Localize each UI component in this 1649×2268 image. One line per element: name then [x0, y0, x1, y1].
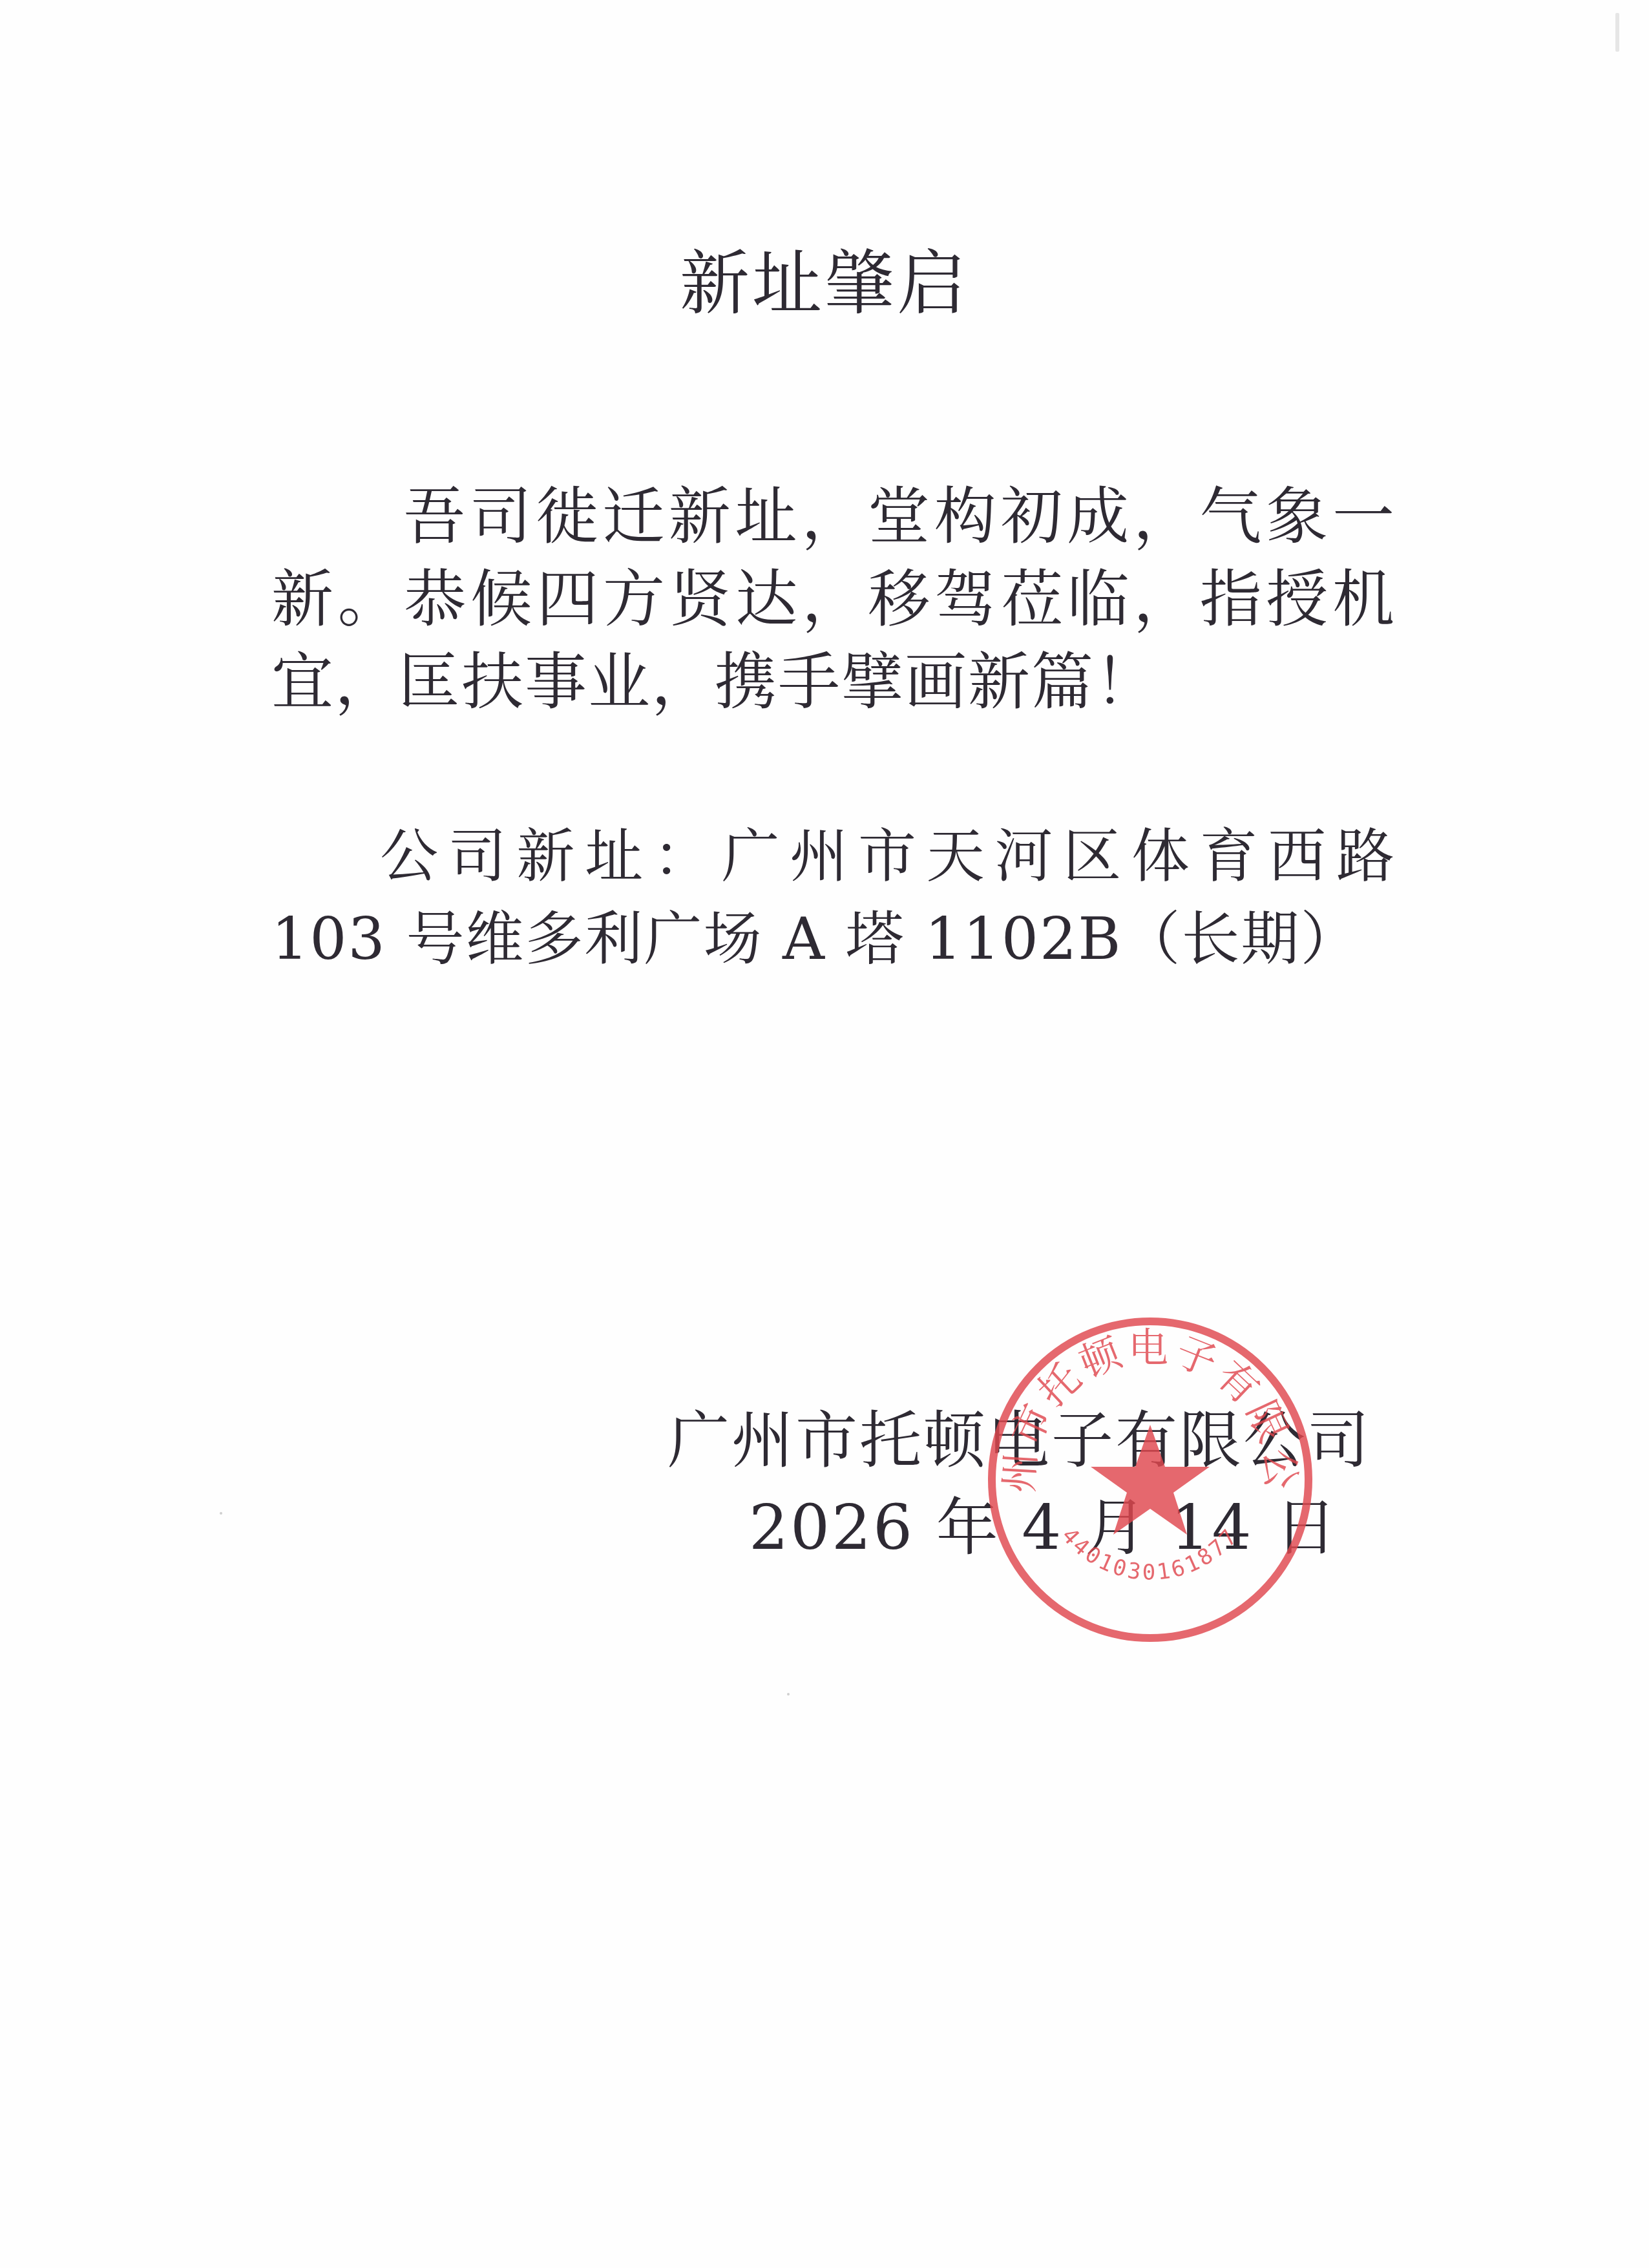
signature-date: 2026 年 4 月 14 日	[749, 1486, 1339, 1569]
document-title: 新址肇启	[0, 239, 1649, 330]
address-paragraph: 公司新址：广州市天河区体育西路 103 号维多利广场 A 塔 1102B（长期）	[271, 815, 1396, 981]
scan-speck	[220, 1512, 222, 1515]
scan-edge-mark	[1615, 13, 1619, 52]
body-paragraph: 吾司徙迁新址，堂构初成，气象一新。恭候四方贤达，移驾莅临，指授机宜，匡扶事业，携…	[271, 475, 1396, 723]
document-page: 新址肇启 吾司徙迁新址，堂构初成，气象一新。恭候四方贤达，移驾莅临，指授机宜，匡…	[0, 0, 1649, 2268]
signature-company: 广州市托顿电子有限公司	[667, 1399, 1371, 1482]
scan-speck	[787, 1693, 790, 1696]
